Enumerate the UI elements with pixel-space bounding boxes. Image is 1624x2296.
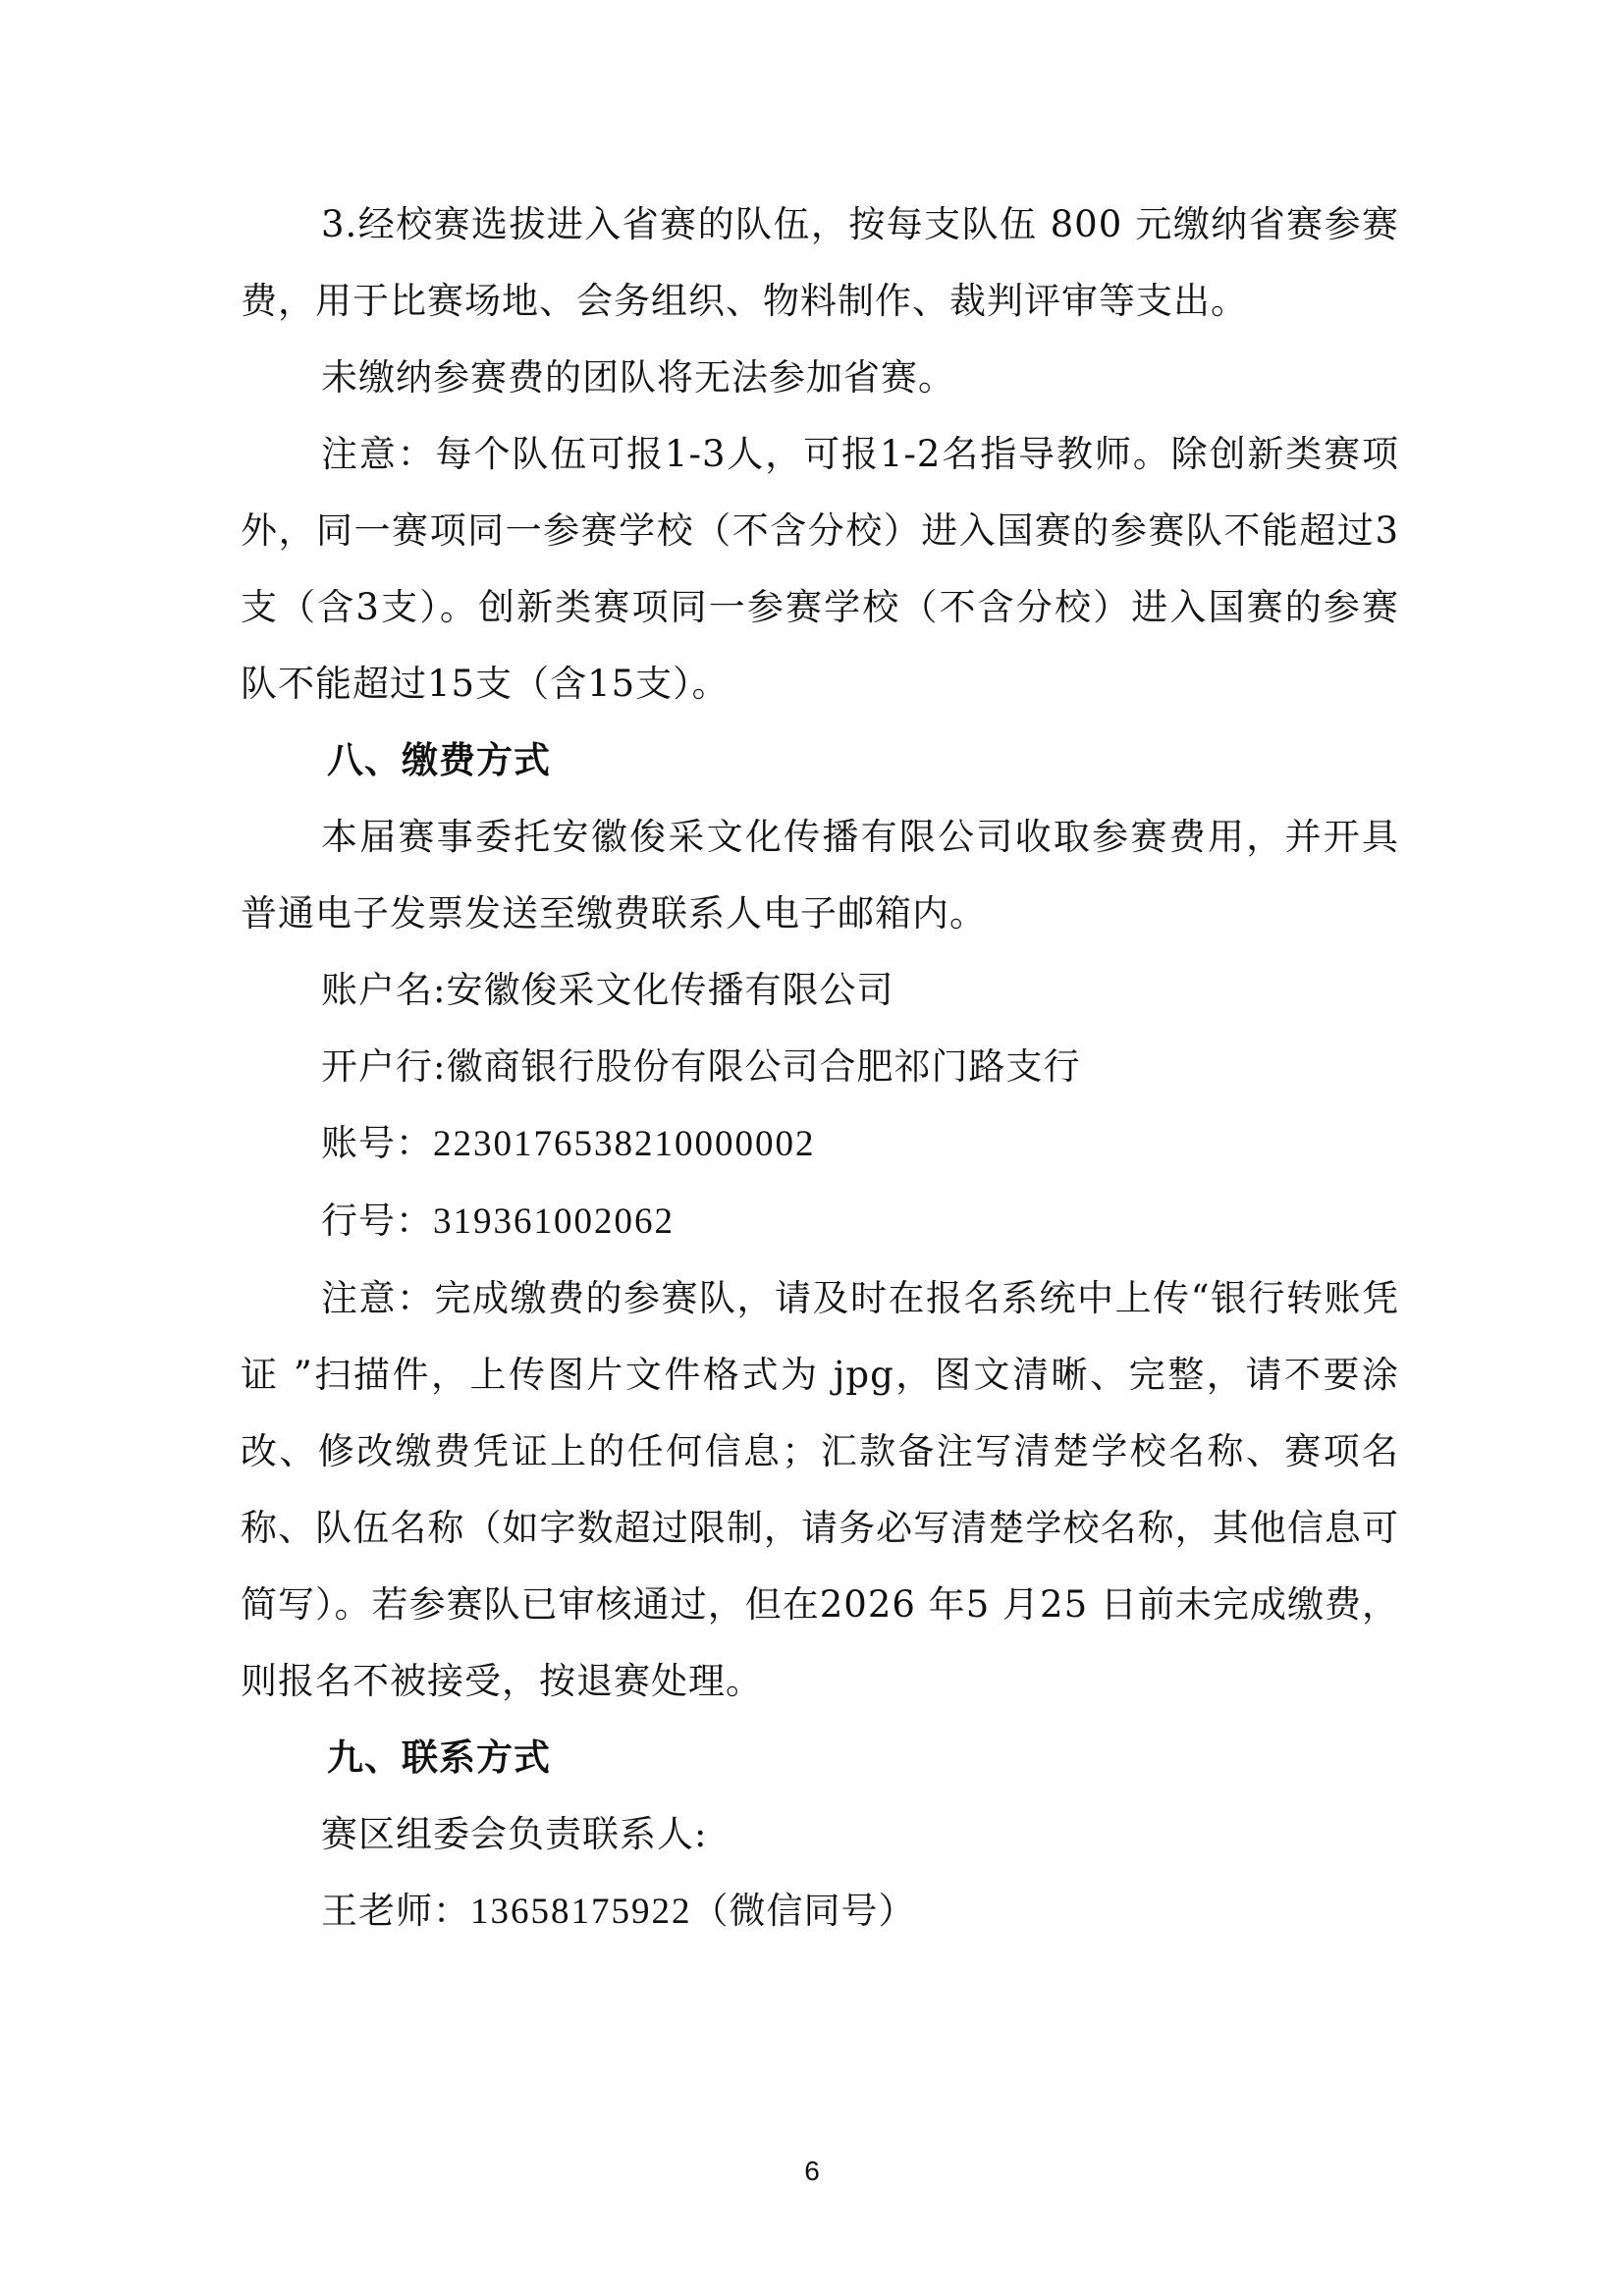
contact-note: （微信同号）	[692, 1890, 916, 1932]
team-note-paragraph: 注意：每个队伍可报1-3人，可报1-2名指导教师。除创新类赛项外，同一赛项同一参…	[241, 416, 1399, 722]
payment-intro-paragraph: 本届赛事委托安徽俊采文化传播有限公司收取参赛费用，并开具普通电子发票发送至缴费联…	[241, 799, 1399, 952]
account-name-field: 账户名:安徽俊采文化传播有限公司	[241, 952, 1399, 1029]
unpaid-notice-paragraph: 未缴纳参赛费的团队将无法参加省赛。	[241, 340, 1399, 416]
section-8-heading: 八、缴费方式	[241, 722, 1399, 799]
account-number-label: 账号：	[321, 1122, 433, 1164]
account-name-label: 账户名:	[321, 969, 446, 1011]
document-page: 3.经校赛选拔进入省赛的队伍，按每支队伍 800 元缴纳省赛参赛费，用于比赛场地…	[241, 187, 1399, 1950]
bank-code-field: 行号：319361002062	[241, 1183, 1399, 1260]
contact-intro: 赛区组委会负责联系人:	[241, 1796, 1399, 1873]
bank-field: 开户行:徽商银行股份有限公司合肥祁门路支行	[241, 1029, 1399, 1105]
page-number: 6	[0, 2156, 1624, 2187]
bank-label: 开户行:	[321, 1045, 446, 1088]
payment-note-paragraph: 注意：完成缴费的参赛队，请及时在报名系统中上传“银行转账凭证 ”扫描件，上传图片…	[241, 1260, 1399, 1720]
account-number-value: 2230176538210000002	[433, 1124, 816, 1164]
contact-line: 王老师：13658175922（微信同号）	[241, 1873, 1399, 1950]
bank-code-value: 319361002062	[433, 1201, 675, 1242]
account-number-field: 账号：2230176538210000002	[241, 1105, 1399, 1183]
section-9-heading: 九、联系方式	[241, 1720, 1399, 1796]
account-name-value: 安徽俊采文化传播有限公司	[446, 969, 893, 1011]
contact-phone: 13658175922	[470, 1892, 692, 1932]
fee-item-3-paragraph: 3.经校赛选拔进入省赛的队伍，按每支队伍 800 元缴纳省赛参赛费，用于比赛场地…	[241, 187, 1399, 340]
contact-label: 王老师：	[321, 1890, 470, 1932]
bank-value: 徽商银行股份有限公司合肥祁门路支行	[446, 1045, 1080, 1088]
bank-code-label: 行号：	[321, 1200, 433, 1242]
